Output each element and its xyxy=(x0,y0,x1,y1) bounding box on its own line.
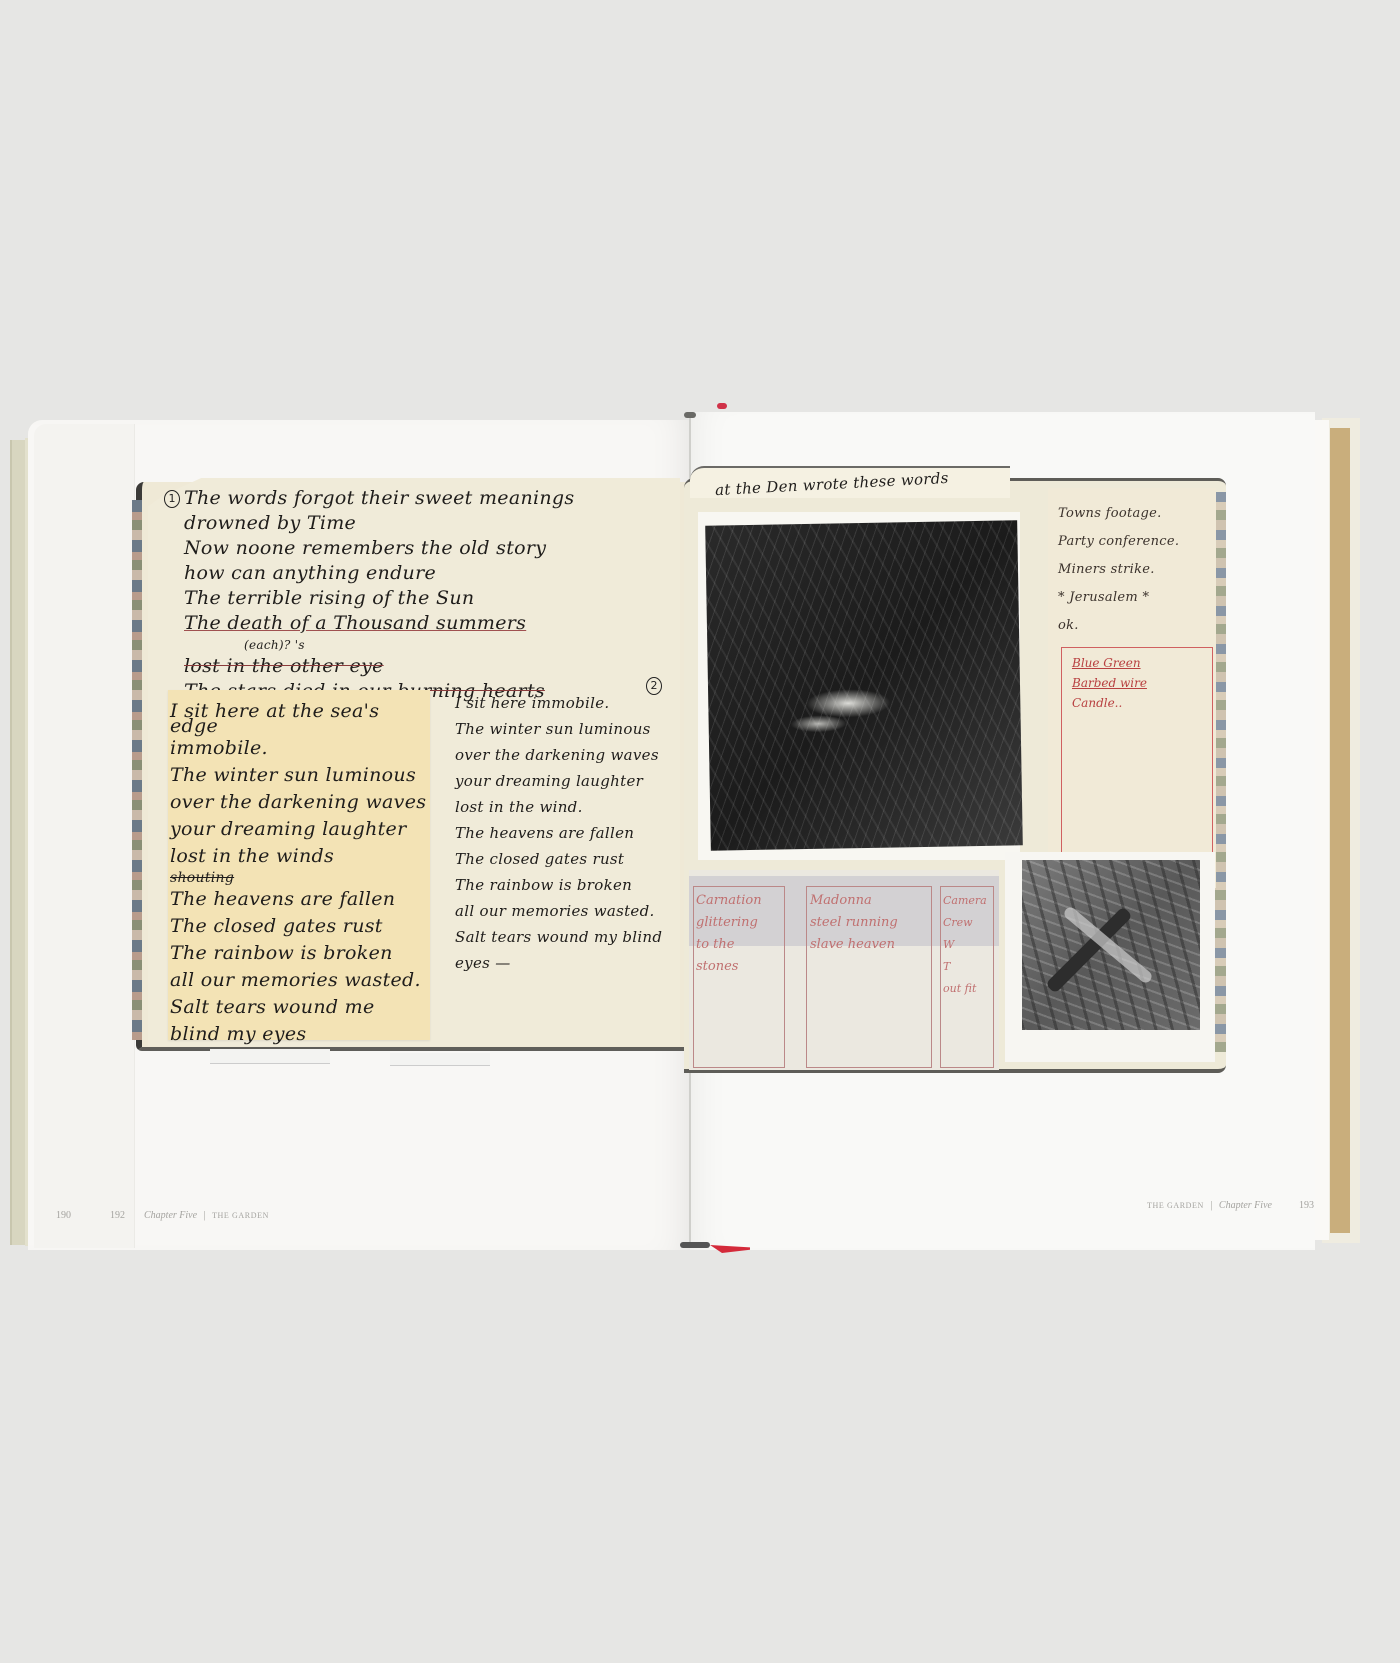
section-title: THE GARDEN xyxy=(1147,1201,1204,1210)
poem-line: Salt tears wound me xyxy=(170,994,426,1021)
poem-line: over the darkening waves xyxy=(170,789,426,816)
poem-line: all our memories wasted. xyxy=(170,967,426,994)
list-item: * Jerusalem * xyxy=(1058,584,1179,612)
poem-line: all our memories wasted. xyxy=(455,898,662,924)
poem-line: The winter sun luminous xyxy=(170,762,426,789)
poem-line: Now noone remembers the old story xyxy=(184,536,574,561)
poem-line: blind my eyes xyxy=(170,1021,426,1048)
poem-line: The rainbow is broken xyxy=(455,872,662,898)
poem-line: The closed gates rust xyxy=(170,913,426,940)
list-item: Miners strike. xyxy=(1058,556,1179,584)
list-item: ok. xyxy=(1058,612,1179,640)
footer-separator: | xyxy=(200,1210,210,1221)
poem-number-1: 1 xyxy=(164,490,180,508)
left-page-stack xyxy=(34,424,135,1248)
poem-line: The heavens are fallen xyxy=(455,820,662,846)
poem-line: The words forgot their sweet meanings xyxy=(184,486,574,511)
poem-line: drowned by Time xyxy=(184,511,574,536)
page-number: 192 xyxy=(110,1210,125,1221)
chapter-title: Chapter Five xyxy=(144,1210,197,1221)
tissue-word: Crew xyxy=(943,912,987,934)
tissue-column-1: Carnation glittering to the stones xyxy=(696,890,762,978)
tissue-column-2: Madonna steel running slave heaven xyxy=(810,890,898,956)
footer-separator: | xyxy=(1206,1200,1216,1211)
spine-headband-bottom xyxy=(680,1242,710,1248)
tissue-column-3: Camera Crew W T out fit xyxy=(943,890,987,1000)
tissue-word: Madonna xyxy=(810,890,898,912)
poem-line: The heavens are fallen xyxy=(170,886,426,913)
list-item: Barbed wire xyxy=(1072,673,1147,693)
handwritten-list: Towns footage. Party conference. Miners … xyxy=(1058,500,1179,640)
book-cover-tan-strip xyxy=(1330,428,1350,1233)
poem-line-struck: shouting xyxy=(170,870,426,886)
poem-line: The winter sun luminous xyxy=(455,716,662,742)
marbled-edge-left xyxy=(132,500,142,1040)
poem-line: lost in the winds xyxy=(170,843,426,870)
poem-line: your dreaming laughter xyxy=(170,816,426,843)
poem-line: The closed gates rust xyxy=(455,846,662,872)
tissue-word: W xyxy=(943,934,987,956)
poem-line: lost in the wind. xyxy=(455,794,662,820)
ribbon-bookmark-top xyxy=(717,403,727,409)
tissue-word: T xyxy=(943,956,987,978)
tissue-word: slave heaven xyxy=(810,934,898,956)
handwritten-poem-2: I sit here immobile. The winter sun lumi… xyxy=(455,690,662,976)
poem-line: Salt tears wound my blind xyxy=(455,924,662,950)
list-item: Blue Green xyxy=(1072,653,1147,673)
poem-line: The terrible rising of the Sun xyxy=(184,586,574,611)
spine-headband-top xyxy=(684,412,696,418)
loose-paper-tab xyxy=(390,1053,490,1066)
tissue-word: to the xyxy=(696,934,762,956)
poem-line: I sit here immobile. xyxy=(455,690,662,716)
tissue-word: glittering xyxy=(696,912,762,934)
handwritten-poem-yellow-note: I sit here at the sea's edge immobile. T… xyxy=(170,698,426,1048)
section-title: THE GARDEN xyxy=(212,1211,269,1220)
chapter-title: Chapter Five xyxy=(1219,1200,1272,1211)
poem-line: over the darkening waves xyxy=(455,742,662,768)
poem-annotation: (each)? 's xyxy=(184,636,574,654)
poem-line: The rainbow is broken xyxy=(170,940,426,967)
poem-line: The death of a Thousand summers xyxy=(184,611,574,636)
left-page-footer: 190 192 Chapter Five | THE GARDEN xyxy=(56,1210,269,1221)
loose-paper-tab xyxy=(210,1049,330,1064)
tissue-word: Carnation xyxy=(696,890,762,912)
poem-line: how can anything endure xyxy=(184,561,574,586)
list-item: Candle.. xyxy=(1072,693,1147,713)
page-number: 190 xyxy=(56,1210,71,1221)
tissue-word: steel running xyxy=(810,912,898,934)
poem-line: your dreaming laughter xyxy=(455,768,662,794)
tissue-word: Camera xyxy=(943,890,987,912)
tissue-word: out fit xyxy=(943,978,987,1000)
red-box-list: Blue Green Barbed wire Candle.. xyxy=(1072,653,1147,713)
photograph-dark-texture xyxy=(705,520,1023,850)
handwritten-poem-1: The words forgot their sweet meanings dr… xyxy=(184,486,574,704)
tissue-word: stones xyxy=(696,956,762,978)
poem-line-struck: lost in the other eye xyxy=(184,654,574,679)
right-page-footer: THE GARDEN | Chapter Five 193 xyxy=(1147,1200,1314,1211)
list-item: Party conference. xyxy=(1058,528,1179,556)
poem-line: eyes — xyxy=(455,950,662,976)
list-item: Towns footage. xyxy=(1058,500,1179,528)
photograph-textured-cross xyxy=(1022,860,1200,1030)
page-number: 193 xyxy=(1299,1200,1314,1211)
poem-line: immobile. xyxy=(170,735,426,762)
